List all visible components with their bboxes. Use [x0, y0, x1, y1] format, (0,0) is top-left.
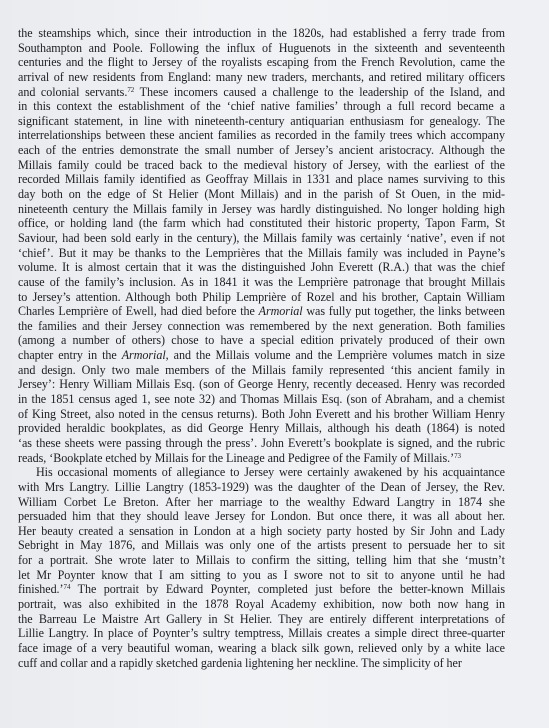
text-line: Lillie Langtry. In place of Poynter’s su… [18, 626, 505, 641]
text-segment: office, or holding land (the farm which … [18, 216, 505, 230]
text-line: and colonial servants.72 These incomers … [18, 85, 505, 100]
text-line: office, or holding land (the farm which … [18, 216, 505, 231]
text-line: nineteenth century the Millais family in… [18, 202, 505, 217]
text-segment: and colonial servants. [18, 85, 127, 99]
text-line: to Jersey’s attention. Although both Phi… [18, 290, 505, 305]
text-segment: (among a number of others) chose to have… [18, 333, 505, 347]
text-segment: each of the entries demonstrate the smal… [18, 143, 505, 157]
text-line: Her beauty created a sensation in London… [18, 524, 505, 539]
text-segment: centuries and the flight to Jersey of th… [18, 55, 505, 69]
text-line: interrelationships between these ancient… [18, 128, 505, 143]
text-segment: ‘chief’. But it may be thanks to the Lem… [18, 246, 505, 260]
text-segment: His occasional moments of allegiance to … [36, 465, 505, 479]
text-segment: the steamships which, since their introd… [18, 26, 505, 40]
text-segment: cause of the family’s inclusion. As in 1… [18, 275, 505, 289]
body-text: the steamships which, since their introd… [18, 26, 505, 670]
text-segment: portrait, was also exhibited in the 1878… [18, 597, 505, 611]
text-segment: interrelationships between these ancient… [18, 128, 505, 142]
text-segment: with Mrs Langtry. Lillie Langtry (1853-1… [18, 480, 505, 494]
book-page: the steamships which, since their introd… [0, 0, 549, 728]
text-segment: cuff and collar and a rapidly sketched g… [18, 656, 462, 670]
text-segment: let Mr Poynter know that I am sitting to… [18, 568, 505, 582]
text-line: Sebright in May 1876, and Millais was on… [18, 538, 505, 553]
text-line: ‘as these sheets were passing through th… [18, 436, 505, 451]
text-segment: Southampton and Poole. Following the inf… [18, 41, 505, 55]
text-segment: recorded Millais family identified as Ge… [18, 172, 505, 186]
text-line: ‘chief’. But it may be thanks to the Lem… [18, 246, 505, 261]
text-line: the steamships which, since their introd… [18, 26, 505, 41]
text-line: chapter entry in the Armorial, and the M… [18, 348, 505, 363]
text-line: Jersey’: Henry William Millais Esq. (son… [18, 377, 505, 392]
text-segment: was fully put together, the links betwee… [303, 304, 505, 318]
footnote-reference: 73 [454, 452, 461, 460]
text-line: cause of the family’s inclusion. As in 1… [18, 275, 505, 290]
text-line: portrait, was also exhibited in the 1878… [18, 597, 505, 612]
text-segment: face image of a very beautiful woman, we… [18, 641, 505, 655]
text-segment: ‘as these sheets were passing through th… [18, 436, 505, 450]
text-segment: the Barreau Le Maistre Art Gallery in St… [18, 612, 505, 626]
text-line: Saviour, had been sold early in the cent… [18, 231, 505, 246]
text-segment: persuaded him that they should leave Jer… [18, 509, 505, 523]
text-segment: Jersey’: Henry William Millais Esq. (son… [18, 377, 505, 391]
text-line: cuff and collar and a rapidly sketched g… [18, 656, 505, 671]
italic-title: Armorial [259, 304, 303, 318]
text-segment: day both on the edge of St Helier (Mont … [18, 187, 505, 201]
text-segment: Her beauty created a sensation in London… [18, 524, 505, 538]
text-segment: William Corbet Le Breton. After her marr… [18, 495, 505, 509]
text-line: finished.’74 The portrait by Edward Poyn… [18, 582, 505, 597]
text-segment: Charles Lemprière of Ewell, had died bef… [18, 304, 259, 318]
text-line: persuaded him that they should leave Jer… [18, 509, 505, 524]
text-segment: for a portrait. She wrote later to Milla… [18, 553, 505, 567]
text-line: arrival of new residents from England: m… [18, 70, 505, 85]
text-segment: the families and their Jersey connection… [18, 319, 505, 333]
text-line: in this context the establishment of the… [18, 99, 505, 114]
text-line: significant statement, in line with nine… [18, 114, 505, 129]
text-line: volume. It is almost certain that it was… [18, 260, 505, 275]
text-line: face image of a very beautiful woman, we… [18, 641, 505, 656]
text-segment: Lillie Langtry. In place of Poynter’s su… [18, 626, 505, 640]
text-line: William Corbet Le Breton. After her marr… [18, 495, 505, 510]
text-line: and design. Only two male members of the… [18, 363, 505, 378]
text-segment: in this context the establishment of the… [18, 99, 505, 113]
text-segment: finished.’ [18, 582, 64, 596]
text-line: Charles Lemprière of Ewell, had died bef… [18, 304, 505, 319]
text-segment: in the 1851 census aged 1, see note 32) … [18, 392, 505, 406]
text-segment: , and the Millais volume and the Lempriè… [166, 348, 505, 362]
text-segment: Saviour, had been sold early in the cent… [18, 231, 505, 245]
text-segment: nineteenth century the Millais family in… [18, 202, 505, 216]
text-line: centuries and the flight to Jersey of th… [18, 55, 505, 70]
text-segment: Millais family could be traced back to t… [18, 158, 505, 172]
text-line: day both on the edge of St Helier (Mont … [18, 187, 505, 202]
text-line: for a portrait. She wrote later to Milla… [18, 553, 505, 568]
text-segment: arrival of new residents from England: m… [18, 70, 505, 84]
text-line: His occasional moments of allegiance to … [18, 465, 505, 480]
text-segment: of King Street, also noted in the census… [18, 407, 505, 421]
text-line: with Mrs Langtry. Lillie Langtry (1853-1… [18, 480, 505, 495]
text-line: Southampton and Poole. Following the inf… [18, 41, 505, 56]
text-line: the Barreau Le Maistre Art Gallery in St… [18, 612, 505, 627]
text-segment: chapter entry in the [18, 348, 122, 362]
text-line: Millais family could be traced back to t… [18, 158, 505, 173]
text-segment: and design. Only two male members of the… [18, 363, 505, 377]
italic-title: Armorial [122, 348, 166, 362]
text-line: (among a number of others) chose to have… [18, 333, 505, 348]
text-segment: to Jersey’s attention. Although both Phi… [18, 290, 505, 304]
text-line: reads, ‘Bookplate etched by Millais for … [18, 451, 505, 466]
text-line: of King Street, also noted in the census… [18, 407, 505, 422]
text-line: let Mr Poynter know that I am sitting to… [18, 568, 505, 583]
paragraph: His occasional moments of allegiance to … [18, 465, 505, 670]
text-segment: The portrait by Edward Poynter, complete… [70, 582, 505, 596]
text-line: the families and their Jersey connection… [18, 319, 505, 334]
text-segment: These incomers caused a challenge to the… [134, 85, 505, 99]
text-line: provided heraldic bookplates, as did Geo… [18, 421, 505, 436]
text-line: in the 1851 census aged 1, see note 32) … [18, 392, 505, 407]
text-segment: significant statement, in line with nine… [18, 114, 505, 128]
paragraph: the steamships which, since their introd… [18, 26, 505, 465]
text-segment: provided heraldic bookplates, as did Geo… [18, 421, 505, 435]
text-segment: reads, ‘Bookplate etched by Millais for … [18, 451, 454, 465]
text-segment: Sebright in May 1876, and Millais was on… [18, 538, 505, 552]
text-segment: volume. It is almost certain that it was… [18, 260, 505, 274]
text-line: each of the entries demonstrate the smal… [18, 143, 505, 158]
text-line: recorded Millais family identified as Ge… [18, 172, 505, 187]
